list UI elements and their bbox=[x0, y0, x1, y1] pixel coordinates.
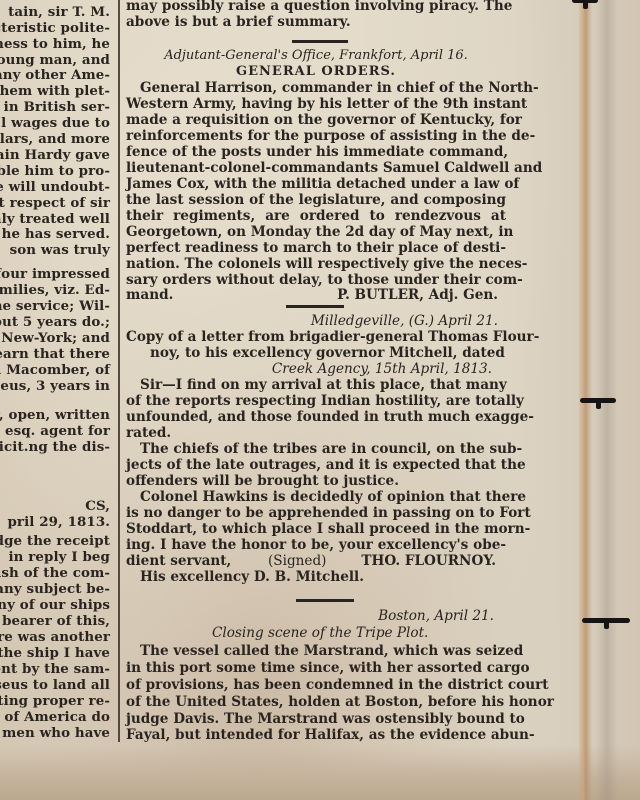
article-line: the last session of the legislature, and… bbox=[126, 192, 506, 208]
article-dateline: Boston, April 21. bbox=[126, 608, 494, 624]
article-line: The vessel called the Marstrand, which w… bbox=[126, 643, 506, 659]
article-line: James Cox, with the militia detached und… bbox=[126, 176, 506, 192]
left-column-line: esq. agent for bbox=[5, 423, 110, 439]
left-column-line: young man, and bbox=[0, 52, 110, 68]
article-line: Western Army, having by his letter of th… bbox=[126, 96, 506, 112]
article-line: perfect readiness to march to their plac… bbox=[126, 240, 506, 256]
left-column-line: acteristic polite- bbox=[0, 20, 110, 36]
column-divider bbox=[118, 0, 120, 742]
article-line: of the reports respecting Indian hostili… bbox=[126, 393, 506, 409]
left-column-line: pril 29, 1813. bbox=[7, 514, 110, 530]
left-column-line: he service; Wil- bbox=[0, 298, 110, 314]
intro-line: may possibly raise a question involving … bbox=[126, 0, 506, 14]
article-line: jects of the late outrages, and it is ex… bbox=[126, 457, 506, 473]
left-column-line: bearer of this, bbox=[2, 613, 110, 629]
left-column-line: New-York; and bbox=[1, 330, 110, 346]
article-line: Copy of a letter from brigadier-general … bbox=[126, 329, 506, 345]
left-column-line: t respect of sir bbox=[0, 195, 110, 211]
left-column-line: ting proper re- bbox=[0, 693, 110, 709]
article-signature: P. BUTLER, Adj. Gen. bbox=[126, 287, 498, 303]
page-bottom-margin bbox=[0, 745, 640, 800]
left-column-line: amilies, viz. Ed- bbox=[0, 282, 110, 298]
binding-stitch-icon bbox=[582, 618, 630, 623]
article-line: their regiments, are ordered to rendezvo… bbox=[126, 208, 506, 224]
article-dateline: Milledgeville, (G.) April 21. bbox=[126, 313, 498, 329]
article-line: Colonel Hawkins is decidedly of opinion … bbox=[126, 489, 506, 505]
left-column-line: any subject be- bbox=[0, 581, 110, 597]
article-line: in this port some time since, with her a… bbox=[126, 660, 506, 676]
article-line: Stoddart, to which place I shall proceed… bbox=[126, 521, 506, 537]
article-line: is no danger to be apprehended in passin… bbox=[126, 505, 506, 521]
article-line: The chiefs of the tribes are in council,… bbox=[126, 441, 506, 457]
article-line: rated. bbox=[126, 425, 506, 441]
left-column-line: tain, sir T. M. bbox=[8, 4, 110, 20]
left-column-line: llearn that there bbox=[0, 346, 110, 362]
article-line: ing. I have the honor to be, your excell… bbox=[126, 537, 506, 553]
binding-stitch-icon bbox=[580, 398, 616, 403]
left-column-line: h Macomber, of bbox=[0, 362, 110, 378]
article-signature: THO. FLOURNOY. bbox=[126, 553, 496, 569]
article-headline: GENERAL ORDERS. bbox=[126, 64, 506, 80]
left-column-line: ent by the sam- bbox=[0, 661, 110, 677]
article-line: Georgetown, on Monday the 2d day of May … bbox=[126, 224, 506, 240]
article-line: nation. The colonels will respectively g… bbox=[126, 256, 506, 272]
left-column-line: men who have bbox=[2, 725, 110, 741]
left-column-line: lars, and more bbox=[0, 131, 110, 147]
intro-line: above is but a brief summary. bbox=[126, 14, 506, 30]
article-line: noy, to his excellency governor Mitchell… bbox=[150, 345, 490, 361]
section-divider bbox=[286, 305, 344, 308]
left-column-line: nly treated well bbox=[0, 211, 110, 227]
left-column-line: seus to land all bbox=[0, 677, 110, 693]
article-line: reinforcements for the purpose of assist… bbox=[126, 128, 506, 144]
article-line: offenders will be brought to justice. bbox=[126, 473, 506, 489]
left-column: tain, sir T. M. acteristic polite- lines… bbox=[0, 0, 114, 745]
article-line: lieutenant-colonel-commandants Samuel Ca… bbox=[126, 160, 506, 176]
left-column-line: d in British ser- bbox=[0, 99, 110, 115]
left-column-line: he has served. bbox=[2, 226, 110, 242]
left-column-line: liness to him, he bbox=[0, 36, 110, 52]
left-column-line: l wages due to bbox=[1, 115, 110, 131]
left-column-line: re was another bbox=[0, 629, 110, 645]
article-line: General Harrison, commander in chief of … bbox=[126, 80, 506, 96]
left-column-line: pheus, 3 years in bbox=[0, 378, 110, 394]
article-addressee: His excellency D. B. Mitchell. bbox=[126, 569, 506, 585]
article-line: unfounded, and those founded in truth mu… bbox=[126, 409, 506, 425]
section-divider bbox=[296, 599, 354, 602]
article-line: Fayal, but intended for Halifax, as the … bbox=[126, 727, 506, 743]
article-line: fence of the posts under his immediate c… bbox=[126, 144, 506, 160]
article-line: made a requisition on the governor of Ke… bbox=[126, 112, 506, 128]
left-column-line: four impressed bbox=[0, 266, 110, 282]
article-line: judge Davis. The Marstrand was ostensibl… bbox=[126, 711, 506, 727]
article-line: of provisions, has been condemned in the… bbox=[126, 677, 506, 693]
article-headline: Closing scene of the Tripe Plot. bbox=[212, 625, 492, 641]
article-line: Sir—I find on my arrival at this place, … bbox=[126, 377, 506, 393]
left-column-line: he will undoubt- bbox=[0, 179, 110, 195]
article-line: of the United States, holden at Boston, … bbox=[126, 694, 506, 710]
left-column-line: in reply I beg bbox=[8, 549, 110, 565]
left-column-line: son was truly bbox=[10, 242, 110, 258]
left-column-line: r, open, written bbox=[0, 407, 110, 423]
left-column-line: olicit.ng the dis- bbox=[0, 439, 110, 455]
left-column-line: any of our ships bbox=[0, 597, 110, 613]
article-line: sary orders without delay, to those unde… bbox=[126, 272, 506, 288]
left-column-line: ble him to pro- bbox=[0, 163, 110, 179]
binding-stitch-icon bbox=[572, 0, 598, 3]
center-column: may possibly raise a question involving … bbox=[126, 0, 512, 745]
left-column-line: tain Hardy gave bbox=[0, 147, 110, 163]
left-column-line: CS, bbox=[85, 498, 110, 514]
left-column-line: of America do bbox=[4, 709, 110, 725]
left-column-line: ish of the com- bbox=[0, 565, 110, 581]
left-column-line: out 5 years do.; bbox=[0, 314, 110, 330]
left-column-line: the ship I have bbox=[0, 645, 110, 661]
left-column-line: them with plet- bbox=[0, 83, 110, 99]
section-divider bbox=[292, 40, 348, 43]
left-column-line: edge the receipt bbox=[0, 533, 110, 549]
article-dateline: Adjutant-General's Office, Frankfort, Ap… bbox=[126, 48, 506, 64]
letter-dateline: Creek Agency, 15th April, 1813. bbox=[126, 361, 492, 377]
left-column-line: any other Ame- bbox=[0, 67, 110, 83]
